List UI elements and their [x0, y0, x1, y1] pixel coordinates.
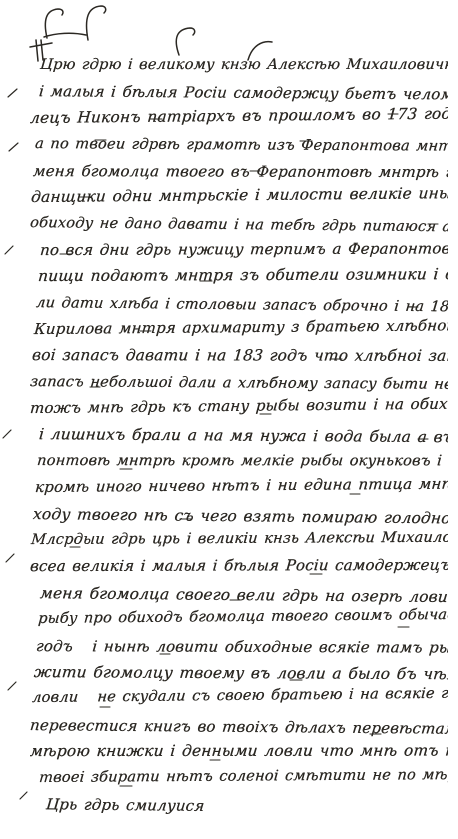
- manuscript-line: данщики одни мнтрьскіе і милости великіе…: [30, 180, 448, 210]
- manuscript-line-text: твоеі збирати нѣтъ соленоі смѣтити не по…: [38, 762, 448, 791]
- manuscript-line: годъ і нынѣ ловити обиходные всякіе тамъ…: [30, 633, 448, 661]
- manuscript-line: тожъ мнѣ гдрь къ стану рыбы возити і на …: [30, 391, 448, 422]
- manuscript-line-text: Кирилова мнтря архимариту з братьею хлѣб…: [33, 312, 448, 342]
- manuscript-line-text: воі запасъ давати і на 183 годъ что хлѣб…: [31, 342, 448, 369]
- manuscript-line: Кирилова мнтря архимариту з братьею хлѣб…: [30, 312, 448, 342]
- manuscript-line-text: Црь гдрь смилуися: [45, 791, 206, 817]
- manuscript-line-text: всеа великія і малыя і бѣлыя Росіи самод…: [30, 552, 448, 580]
- manuscript-line: і лишнихъ брали а на мя нужа і вода была…: [30, 421, 448, 450]
- manuscript-line: кромѣ иного ничево нѣтъ і ни едина птица…: [30, 471, 448, 501]
- manuscript-line-text: мѣрою книжки і денными ловли что мнѣ отъ…: [30, 738, 448, 765]
- manuscript-line: ловли не скудали съ своею братьею і на в…: [30, 681, 448, 712]
- manuscript-line: по вся дни гдрь нужицу терпимъ а Ферапон…: [30, 235, 448, 263]
- manuscript-line-text: Млсрдыи гдрь црь і великіи кнзь Алексѣи …: [30, 525, 448, 554]
- manuscript-text-block: Црю гдрю і великому кнзю Алексѣю Михаило…: [30, 52, 448, 817]
- manuscript-line-text: пищи подаютъ мнтря зъ обители озимники і…: [37, 261, 448, 289]
- manuscript-line-text: данщики одни мнтрьскіе і милости великіе…: [30, 180, 448, 210]
- manuscript-line: твоеі збирати нѣтъ соленоі смѣтити не по…: [30, 762, 448, 791]
- closing-line: Црь гдрь смилуися: [30, 791, 448, 817]
- manuscript-line: рыбу про обиходъ бгомолца твоего своимъ …: [30, 602, 448, 632]
- manuscript-page: Црю гдрю і великому кнзю Алексѣю Михаило…: [0, 0, 458, 839]
- manuscript-line-text: лецъ Никонъ патріархъ въ прошломъ во 173…: [30, 100, 448, 131]
- manuscript-line: воі запасъ давати і на 183 годъ что хлѣб…: [30, 342, 448, 369]
- manuscript-line: пищи подаютъ мнтря зъ обители озимники і…: [30, 261, 448, 289]
- manuscript-line-text: рыбу про обиходъ бгомолца твоего своимъ …: [37, 602, 448, 632]
- manuscript-line-text: Црю гдрю і великому кнзю Алексѣю Михаило…: [39, 52, 448, 78]
- manuscript-line: а по твоеи гдрвѣ грамотѣ изъ Ферапонтова…: [30, 131, 448, 160]
- manuscript-line-text: по вся дни гдрь нужицу терпимъ а Ферапон…: [39, 235, 448, 263]
- manuscript-line-text: і лишнихъ брали а на мя нужа і вода была…: [38, 422, 448, 451]
- manuscript-line-text: тожъ мнѣ гдрь къ стану рыбы возити і на …: [30, 391, 448, 422]
- manuscript-line: Млсрдыи гдрь црь і великіи кнзь Алексѣи …: [30, 525, 448, 554]
- manuscript-line-text: ловли не скудали съ своею братьею і на в…: [31, 681, 448, 712]
- manuscript-line-text: кромѣ иного ничево нѣтъ і ни едина птица…: [34, 471, 448, 501]
- manuscript-line: лецъ Никонъ патріархъ въ прошломъ во 173…: [30, 100, 448, 131]
- margin-tick-marks: [3, 89, 27, 799]
- manuscript-line-text: а по твоеи гдрвѣ грамотѣ изъ Ферапонтова…: [34, 131, 448, 160]
- manuscript-line: Црю гдрю і великому кнзю Алексѣю Михаило…: [30, 52, 448, 78]
- manuscript-line-text: годъ і нынѣ ловити обиходные всякіе тамъ…: [35, 633, 448, 661]
- manuscript-line: мѣрою книжки і денными ловли что мнѣ отъ…: [30, 738, 448, 765]
- manuscript-line: всеа великія і малыя і бѣлыя Росіи самод…: [30, 552, 448, 580]
